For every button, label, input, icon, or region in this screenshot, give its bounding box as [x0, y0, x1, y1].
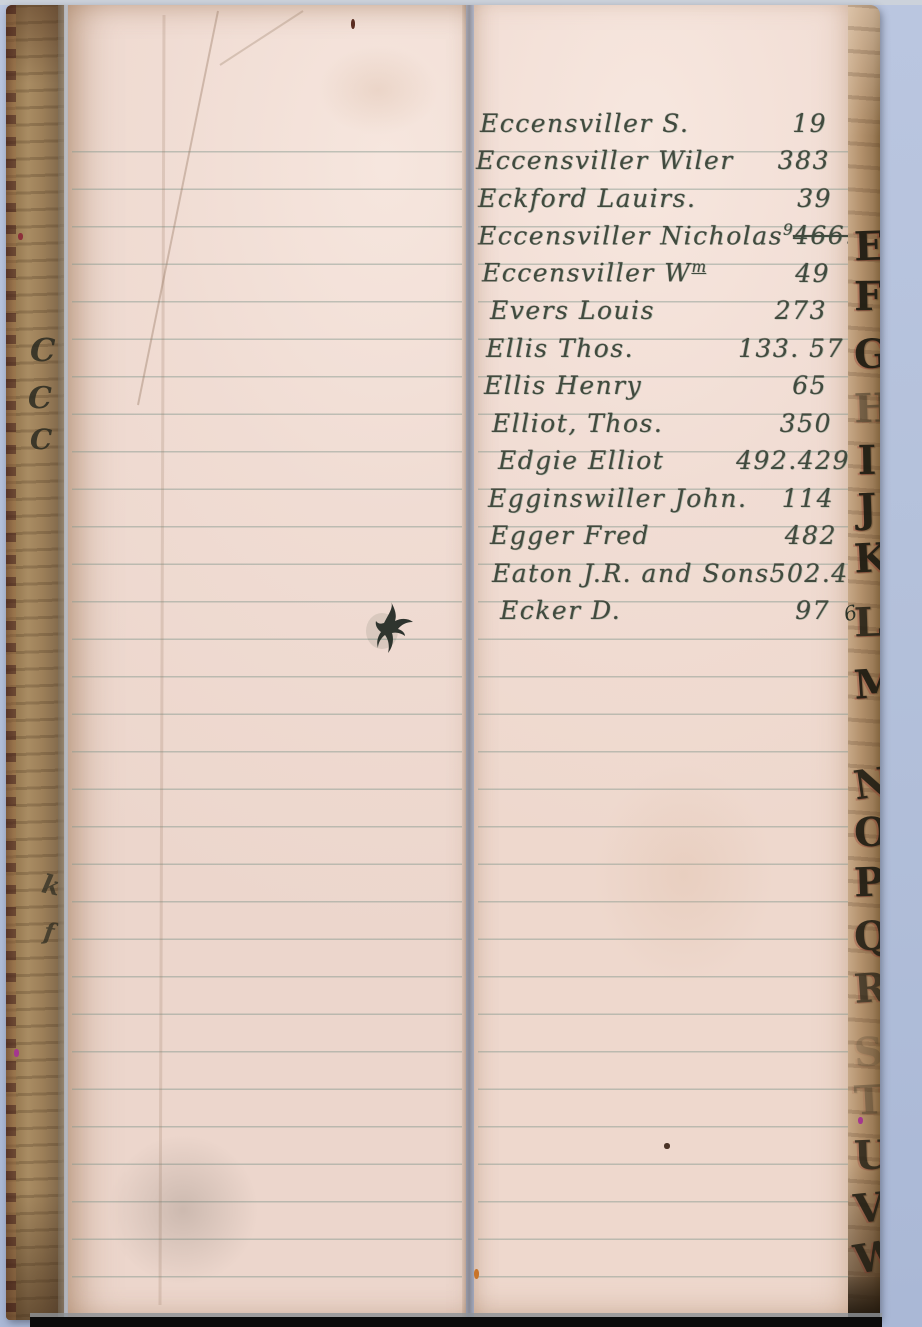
spine-writing-fragment: f [42, 916, 56, 946]
ruled-lines-left [72, 115, 462, 1312]
entry-page-number: 482 [785, 523, 837, 554]
entry-page-number: 350 [780, 411, 832, 442]
entry-page-number: 39 [797, 186, 832, 217]
index-entry: Ellis Thos.133. 57 [476, 329, 852, 367]
alphabet-tab-u: U [853, 1136, 880, 1177]
alphabet-tab-p: P [853, 863, 880, 904]
alphabet-tab-h: H [853, 389, 880, 430]
entry-page-number: 273 [775, 298, 827, 329]
alphabet-tab-o: O [853, 813, 880, 854]
entry-name: Egginswiller John. [476, 486, 747, 517]
entry-page-number: 49 [795, 261, 830, 292]
entry-name: Eccensviller Wiler [476, 148, 734, 179]
right-page: Eccensviller S.19Eccensviller Wiler383Ec… [474, 5, 856, 1320]
alphabet-tab-k: K [853, 538, 880, 579]
entry-name: Elliot, Thos. [476, 411, 663, 442]
entry-page-number: 114 [782, 486, 834, 517]
red-speck [18, 233, 23, 240]
alphabet-tab-n: N [851, 763, 880, 806]
book-spine: CCCkf [6, 5, 64, 1320]
index-entry: Edgie Elliot492.429 [476, 442, 852, 480]
alphabet-tab-f: F [854, 277, 880, 317]
entry-page-number: 383 [778, 148, 830, 179]
entry-name-superscript: m [691, 258, 706, 276]
scanned-ledger-page: CCCkf Eccensviller S.19Eccensviller Wile… [0, 0, 922, 1327]
entry-name: Eccensviller S. [476, 111, 689, 142]
entry-name: Ellis Thos. [476, 336, 634, 367]
alphabet-tab-r: R [853, 968, 880, 1010]
entry-name: Edgie Elliot [476, 448, 664, 479]
magenta-speck [14, 1049, 19, 1057]
entry-name-superscript: 9 [783, 221, 793, 239]
spine-letter-mark: C [30, 423, 52, 456]
ledger-book: CCCkf Eccensviller S.19Eccensviller Wile… [6, 5, 880, 1320]
alphabet-tab-t: T [853, 1080, 880, 1121]
index-entry: Eaton J.R. and Sons502.483. [476, 554, 852, 592]
entry-page-number: 65 [792, 373, 827, 404]
index-entry: Eckford Lauirs.39 [476, 179, 852, 217]
index-entry: Evers Louis273 [476, 292, 852, 330]
alphabet-tab-i: I [854, 441, 880, 481]
entry-name: Eccensviller Nicholas9 [476, 223, 793, 254]
entry-page-number: 97 [795, 598, 830, 629]
entry-page-number: 19 [792, 111, 827, 142]
alphabet-tab-strip: EFGHIJKLMNOPQRSTUVW [848, 5, 880, 1320]
entry-name: Eckford Lauirs. [476, 186, 696, 217]
spine-letter-mark: C [28, 381, 52, 416]
orange-speck [474, 1269, 479, 1279]
dark-speck [351, 19, 355, 29]
entry-name: Evers Louis [476, 298, 655, 329]
entry-page-number: 133. 57 [738, 336, 844, 367]
index-entry-list: Eccensviller S.19Eccensviller Wiler383Ec… [476, 104, 852, 629]
entry-page-number: 492.429 [736, 448, 850, 479]
spine-torn-edge [6, 5, 16, 1320]
magenta-speck [858, 1117, 863, 1124]
index-entry: Eccensviller S.19 [476, 104, 852, 142]
index-entry: Eccensviller Nicholas9466.385 [476, 217, 852, 255]
index-entry: Ellis Henry65 [476, 367, 852, 405]
entry-name: Eaton J.R. and Sons [476, 561, 770, 592]
entry-name: Egger Fred [476, 523, 650, 554]
alphabet-tab-g: G [853, 334, 880, 375]
alphabet-tab-e: E [853, 227, 880, 268]
alphabet-tab-m: M [853, 664, 880, 706]
alphabet-tab-j: J [853, 489, 880, 530]
alphabet-tab-w: W [851, 1237, 880, 1281]
alphabet-tab-s: S [853, 1032, 880, 1073]
scan-bottom-bar [30, 1317, 882, 1327]
entry-name: Ellis Henry [476, 373, 642, 404]
index-entry: Elliot, Thos.350 [476, 404, 852, 442]
spine-letter-mark: C [30, 331, 55, 369]
entry-name: Eccensviller Wm [476, 260, 706, 291]
index-entry: Ecker D.97 [476, 592, 852, 630]
left-page [68, 5, 466, 1320]
index-entry: Eccensviller Wm49 [476, 254, 852, 292]
alphabet-tab-q: Q [853, 916, 880, 957]
entry-name: Ecker D. [476, 598, 621, 629]
index-entry: Egger Fred482 [476, 517, 852, 555]
index-entry: Eccensviller Wiler383 [476, 142, 852, 180]
ink-blot [364, 601, 416, 663]
dark-speck [664, 1143, 670, 1149]
alphabet-tab-v: V [852, 1188, 880, 1230]
index-entry: Egginswiller John.114 [476, 479, 852, 517]
